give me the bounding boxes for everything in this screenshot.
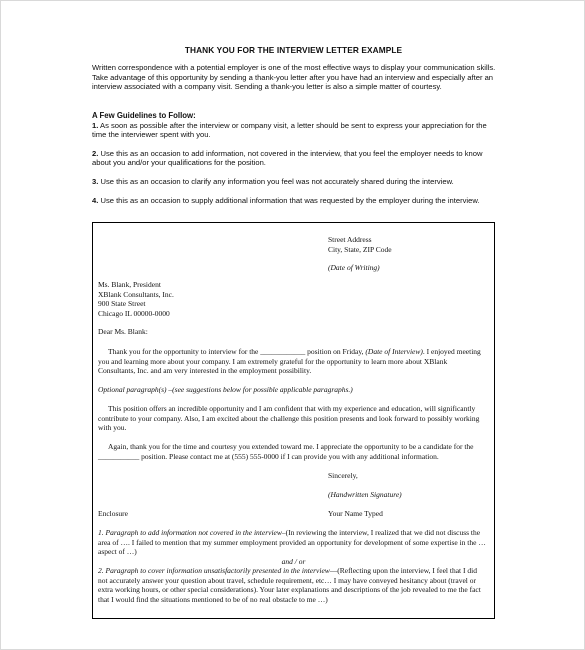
suggestion-2: 2. Paragraph to cover information unsati… — [98, 566, 486, 604]
closing: Sincerely, — [328, 471, 358, 481]
recipient-address: Ms. Blank, President XBlank Consultants,… — [98, 280, 174, 318]
guideline-item: 2. Use this as an occasion to add inform… — [92, 149, 502, 168]
letter-paragraph-2: This position offers an incredible oppor… — [98, 404, 486, 433]
date-of-writing: (Date of Writing) — [328, 263, 392, 273]
guidelines-heading: A Few Guidelines to Follow: — [92, 111, 502, 121]
sample-letter-box: Street Address City, State, ZIP Code (Da… — [92, 222, 495, 619]
enclosure-label: Enclosure — [98, 509, 128, 519]
guideline-item: 1. As soon as possible after the intervi… — [92, 121, 502, 140]
document-title: THANK YOU FOR THE INTERVIEW LETTER EXAMP… — [1, 45, 585, 55]
optional-paragraph-note: Optional paragraph(s) –(see suggestions … — [98, 385, 486, 395]
signature-placeholder: (Handwritten Signature) — [328, 490, 402, 500]
suggestion-1: 1. Paragraph to add information not cove… — [98, 528, 486, 557]
sender-address: Street Address City, State, ZIP Code (Da… — [328, 235, 392, 273]
salutation: Dear Ms. Blank: — [98, 327, 148, 337]
document-page: THANK YOU FOR THE INTERVIEW LETTER EXAMP… — [0, 0, 585, 650]
guideline-item: 3. Use this as an occasion to clarify an… — [92, 177, 502, 187]
guideline-item: 4. Use this as an occasion to supply add… — [92, 196, 502, 206]
guidelines-section: A Few Guidelines to Follow: 1. As soon a… — [92, 111, 502, 214]
letter-paragraph-1: Thank you for the opportunity to intervi… — [98, 347, 486, 376]
typed-name: Your Name Typed — [328, 509, 383, 519]
intro-paragraph: Written correspondence with a potential … — [92, 63, 502, 92]
letter-paragraph-3: Again, thank you for the time and courte… — [98, 442, 486, 461]
